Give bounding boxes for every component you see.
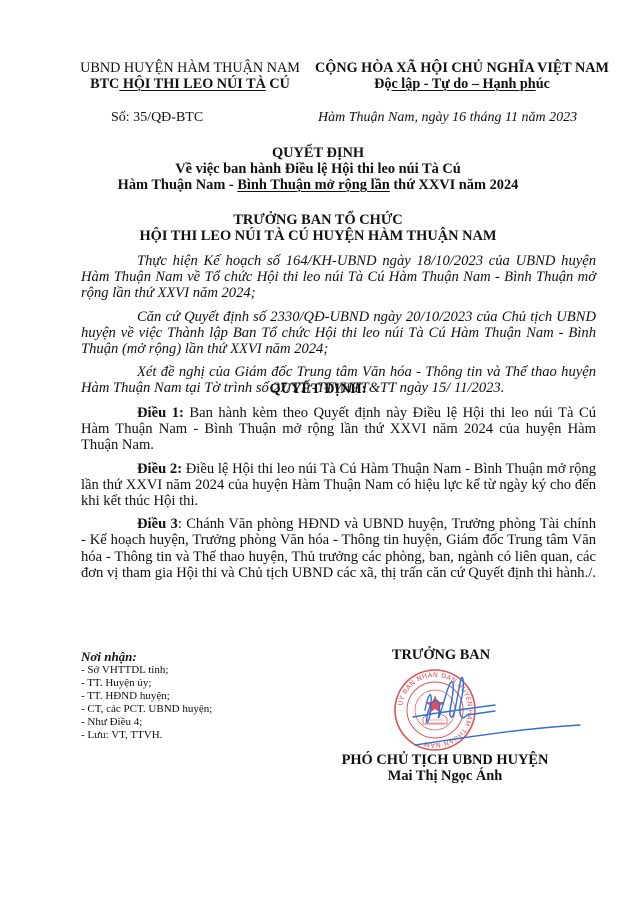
signature-role: TRƯỞNG BAN [360, 647, 522, 663]
recipients: Nơi nhận: - Sở VHTTDL tỉnh; - TT. Huyện … [81, 649, 212, 742]
article-2: Điều 2: Điều lệ Hội thi leo núi Tà Cú Hà… [81, 461, 596, 510]
article-3: Điều 3: Chánh Văn phòng HĐND và UBND huy… [81, 516, 596, 581]
signer-name: Mai Thị Ngọc Ánh [320, 768, 570, 784]
decision-heading: QUYẾT ĐỊNH: [0, 381, 636, 397]
issuer-block: UBND HUYỆN HÀM THUẬN NAM BTC HỘI THI LEO… [70, 60, 310, 92]
preamble-paragraph: Thực hiện Kế hoạch số 164/KH-UBND ngày 1… [81, 253, 596, 302]
recipient-item: - TT. HĐND huyện; [81, 690, 212, 703]
article-1: Điều 1: Ban hành kèm theo Quyết định này… [81, 405, 596, 454]
article-label: Điều 2: [137, 461, 182, 477]
recipient-item: - Sở VHTTDL tỉnh; [81, 664, 212, 677]
recipient-item: - TT. Huyện ủy; [81, 677, 212, 690]
place-date: Hàm Thuận Nam, ngày 16 tháng 11 năm 2023 [318, 110, 577, 126]
article-label: Điều 3 [137, 516, 178, 532]
recipients-heading: Nơi nhận: [81, 649, 212, 664]
document-type: QUYẾT ĐỊNH [0, 145, 636, 161]
issuer-authority: UBND HUYỆN HÀM THUẬN NAM [70, 60, 310, 76]
recipient-item: - CT, các PCT. UBND huyện; [81, 703, 212, 716]
authority-line2: HỘI THI LEO NÚI TÀ CÚ HUYỆN HÀM THUẬN NA… [0, 228, 636, 244]
document-subject-line2: Hàm Thuận Nam - Bình Thuận mở rộng lần t… [0, 177, 636, 193]
national-motto: Độc lập - Tự do – Hạnh phúc [303, 76, 621, 92]
recipient-item: - Lưu: VT, TTVH. [81, 729, 212, 742]
national-title: CỘNG HÒA XÃ HỘI CHỦ NGHĨA VIỆT NAM [303, 60, 621, 76]
issuer-committee: BTC HỘI THI LEO NÚI TÀ CÚ [70, 76, 310, 92]
signature-scribble-icon [395, 665, 585, 765]
signer-title: PHÓ CHỦ TỊCH UBND HUYỆN [320, 752, 570, 768]
authority-line1: TRƯỞNG BAN TỔ CHỨC [0, 212, 636, 228]
national-motto-block: CỘNG HÒA XÃ HỘI CHỦ NGHĨA VIỆT NAM Độc l… [303, 60, 621, 92]
document-subject-line1: Về việc ban hành Điều lệ Hội thi leo núi… [0, 161, 636, 177]
document-number: Số: 35/QĐ-BTC [111, 110, 203, 126]
articles: Điều 1: Ban hành kèm theo Quyết định này… [81, 405, 596, 588]
preamble-paragraph: Căn cứ Quyết định số 2330/QĐ-UBND ngày 2… [81, 309, 596, 358]
recipient-item: - Như Điều 4; [81, 716, 212, 729]
article-label: Điều 1: [137, 405, 184, 421]
